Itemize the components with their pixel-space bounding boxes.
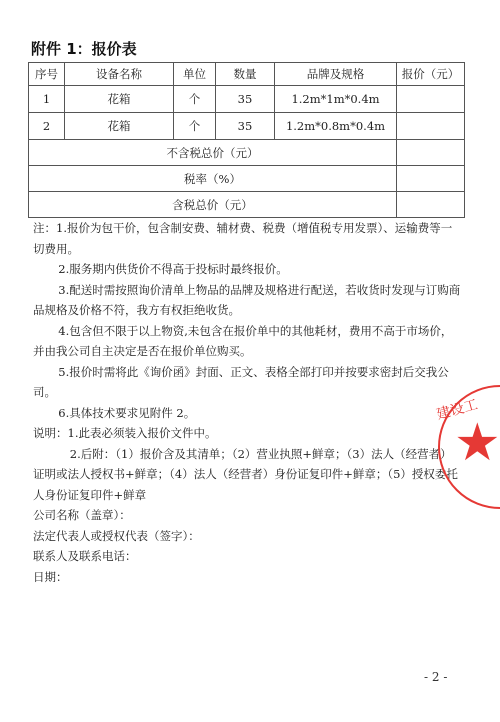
explain-item: 2.后附：（1）报价含及其清单；（2）营业执照+鲜章；（3）法人（经营者）证明或… bbox=[33, 444, 463, 506]
note-item: 2.服务期内供货价不得高于投标时最终报价。 bbox=[33, 259, 463, 280]
price-cell bbox=[397, 86, 465, 113]
cell: 35 bbox=[216, 113, 275, 140]
notes-section: 注：1.报价为包干价，包含制安费、辅材费、税费（增值税专用发票）、运输费等一切费… bbox=[33, 218, 463, 587]
field-date: 日期： bbox=[33, 567, 463, 588]
cell: 1.2m*0.8m*0.4m bbox=[275, 113, 397, 140]
field-representative: 法定代表人或授权代表（签字）： bbox=[33, 526, 463, 547]
header-cell: 单位 bbox=[174, 63, 216, 86]
cell: 1.2m*1m*0.4m bbox=[275, 86, 397, 113]
header-cell: 序号 bbox=[29, 63, 65, 86]
summary-label: 含税总价（元） bbox=[29, 192, 397, 218]
note-item: 4.包含但不限于以上物资,未包含在报价单中的其他耗材，费用不高于市场价，并由我公… bbox=[33, 321, 463, 362]
header-cell: 数量 bbox=[216, 63, 275, 86]
field-company: 公司名称（盖章）： bbox=[33, 505, 463, 526]
cell: 1 bbox=[29, 86, 65, 113]
summary-row: 税率（%） bbox=[29, 166, 465, 192]
page-title: 附件 1：报价表 bbox=[31, 38, 137, 59]
note-item: 6.具体技术要求见附件 2。 bbox=[33, 403, 463, 424]
document-page: 附件 1：报价表 序号 设备名称 单位 数量 品牌及规格 报价（元） 1 花箱 … bbox=[0, 0, 500, 722]
note-item: 注：1.报价为包干价，包含制安费、辅材费、税费（增值税专用发票）、运输费等一切费… bbox=[33, 218, 463, 259]
summary-label: 不含税总价（元） bbox=[29, 140, 397, 166]
quote-table: 序号 设备名称 单位 数量 品牌及规格 报价（元） 1 花箱 个 35 1.2m… bbox=[28, 62, 465, 218]
header-cell: 设备名称 bbox=[65, 63, 174, 86]
summary-value bbox=[397, 192, 465, 218]
star-icon: ★ bbox=[454, 417, 500, 469]
header-cell: 报价（元） bbox=[397, 63, 465, 86]
page-number: - 2 - bbox=[424, 670, 447, 684]
note-item: 5.报价时需将此《询价函》封面、正文、表格全部打印并按要求密封后交我公司。 bbox=[33, 362, 463, 403]
summary-label: 税率（%） bbox=[29, 166, 397, 192]
cell: 35 bbox=[216, 86, 275, 113]
summary-row: 含税总价（元） bbox=[29, 192, 465, 218]
table-header: 序号 设备名称 单位 数量 品牌及规格 报价（元） bbox=[29, 63, 465, 86]
note-item: 3.配送时需按照询价清单上物品的品牌及规格进行配送，若收货时发现与订购商品规格及… bbox=[33, 280, 463, 321]
explain-item: 说明：1.此表必须装入报价文件中。 bbox=[33, 423, 463, 444]
summary-value bbox=[397, 166, 465, 192]
summary-value bbox=[397, 140, 465, 166]
cell: 花箱 bbox=[65, 86, 174, 113]
cell: 个 bbox=[174, 86, 216, 113]
table-row: 1 花箱 个 35 1.2m*1m*0.4m bbox=[29, 86, 465, 113]
price-cell bbox=[397, 113, 465, 140]
cell: 2 bbox=[29, 113, 65, 140]
summary-row: 不含税总价（元） bbox=[29, 140, 465, 166]
header-cell: 品牌及规格 bbox=[275, 63, 397, 86]
field-contact: 联系人及联系电话： bbox=[33, 546, 463, 567]
cell: 个 bbox=[174, 113, 216, 140]
table-row: 2 花箱 个 35 1.2m*0.8m*0.4m bbox=[29, 113, 465, 140]
cell: 花箱 bbox=[65, 113, 174, 140]
